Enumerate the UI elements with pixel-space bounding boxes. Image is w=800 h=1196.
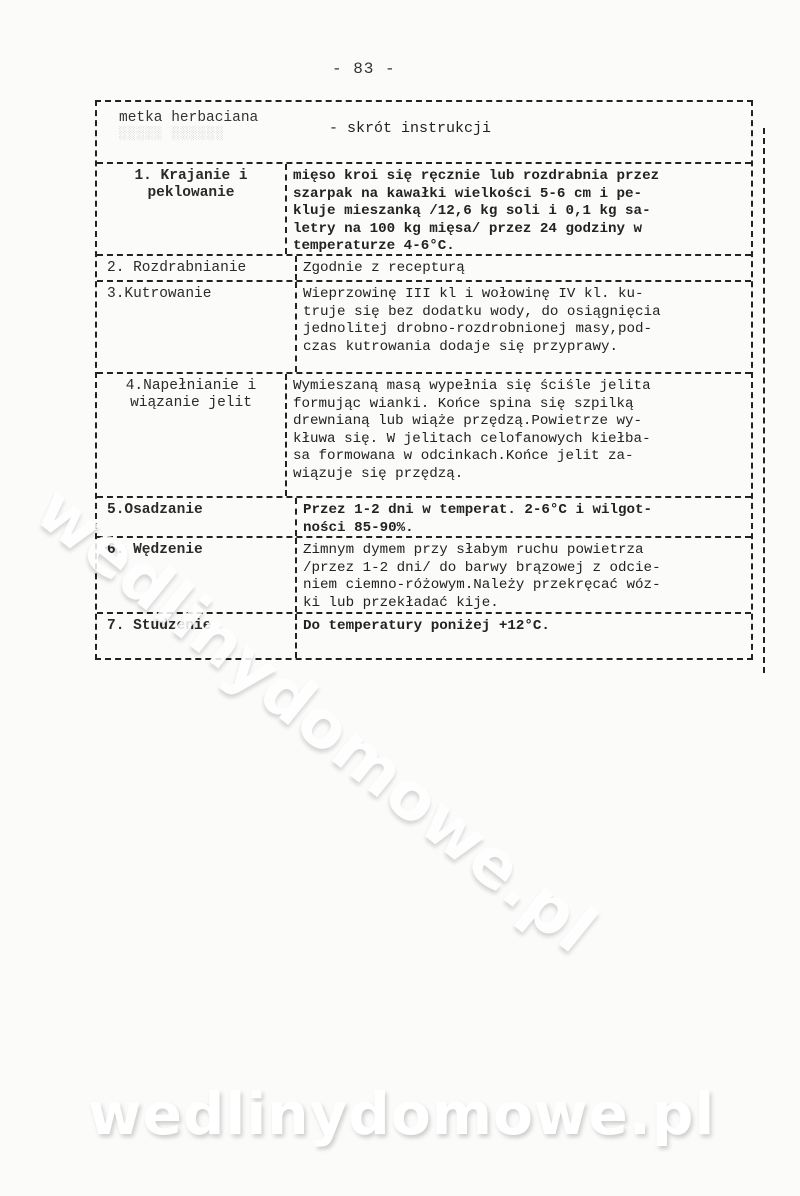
step-description: mięso kroi się ręcznie lub rozdrabnia pr… <box>287 164 751 254</box>
table-frame: metka herbaciana ░░░░░ ░░░░░░ - skrót in… <box>95 100 753 660</box>
product-title: metka herbaciana <box>119 110 319 126</box>
table-row: 2. Rozdrabnianie Zgodnie z recepturą <box>97 256 751 282</box>
step-name: 1. Krajanie i peklowanie <box>97 164 287 254</box>
step-name: 3.Kutrowanie <box>97 282 297 372</box>
step-name: 5.Osadzanie <box>97 498 297 536</box>
table-row: 6. Wędzenie Zimnym dymem przy słabym ruc… <box>97 538 751 614</box>
step-description: Wymieszaną masą wypełnia się ściśle jeli… <box>287 374 751 496</box>
step-description: Przez 1-2 dni w temperat. 2-6°C i wilgot… <box>297 498 751 536</box>
table-row: 5.Osadzanie Przez 1-2 dni w temperat. 2-… <box>97 498 751 538</box>
step-name: 7. Studzenie <box>97 614 297 658</box>
step-name: 4.Napełnianie i wiązanie jelit <box>97 374 287 496</box>
table-row: 7. Studzenie Do temperatury poniżej +12°… <box>97 614 751 658</box>
title-block: metka herbaciana ░░░░░ ░░░░░░ <box>119 110 319 142</box>
table-row: 3.Kutrowanie Wieprzowinę III kl i wołowi… <box>97 282 751 374</box>
step-description: Zimnym dymem przy słabym ruchu powietrza… <box>297 538 751 612</box>
table-row: 1. Krajanie i peklowanie mięso kroi się … <box>97 164 751 256</box>
bottom-watermark: wedlinydomowe.pl <box>88 1080 715 1148</box>
table-header: metka herbaciana ░░░░░ ░░░░░░ - skrót in… <box>97 102 751 164</box>
page-number: - 83 - <box>332 60 396 78</box>
document-type-label: - skrót instrukcji <box>329 120 491 137</box>
product-subtitle: ░░░░░ ░░░░░░ <box>119 126 319 142</box>
step-name: 6. Wędzenie <box>97 538 297 612</box>
instruction-table: metka herbaciana ░░░░░ ░░░░░░ - skrót in… <box>95 100 753 660</box>
step-description: Do temperatury poniżej +12°C. <box>297 614 751 658</box>
outer-border-line <box>763 128 765 673</box>
step-name: 2. Rozdrabnianie <box>97 256 297 280</box>
step-description: Zgodnie z recepturą <box>297 256 751 280</box>
step-description: Wieprzowinę III kl i wołowinę IV kl. ku-… <box>297 282 751 372</box>
table-row: 4.Napełnianie i wiązanie jelit Wymieszan… <box>97 374 751 498</box>
